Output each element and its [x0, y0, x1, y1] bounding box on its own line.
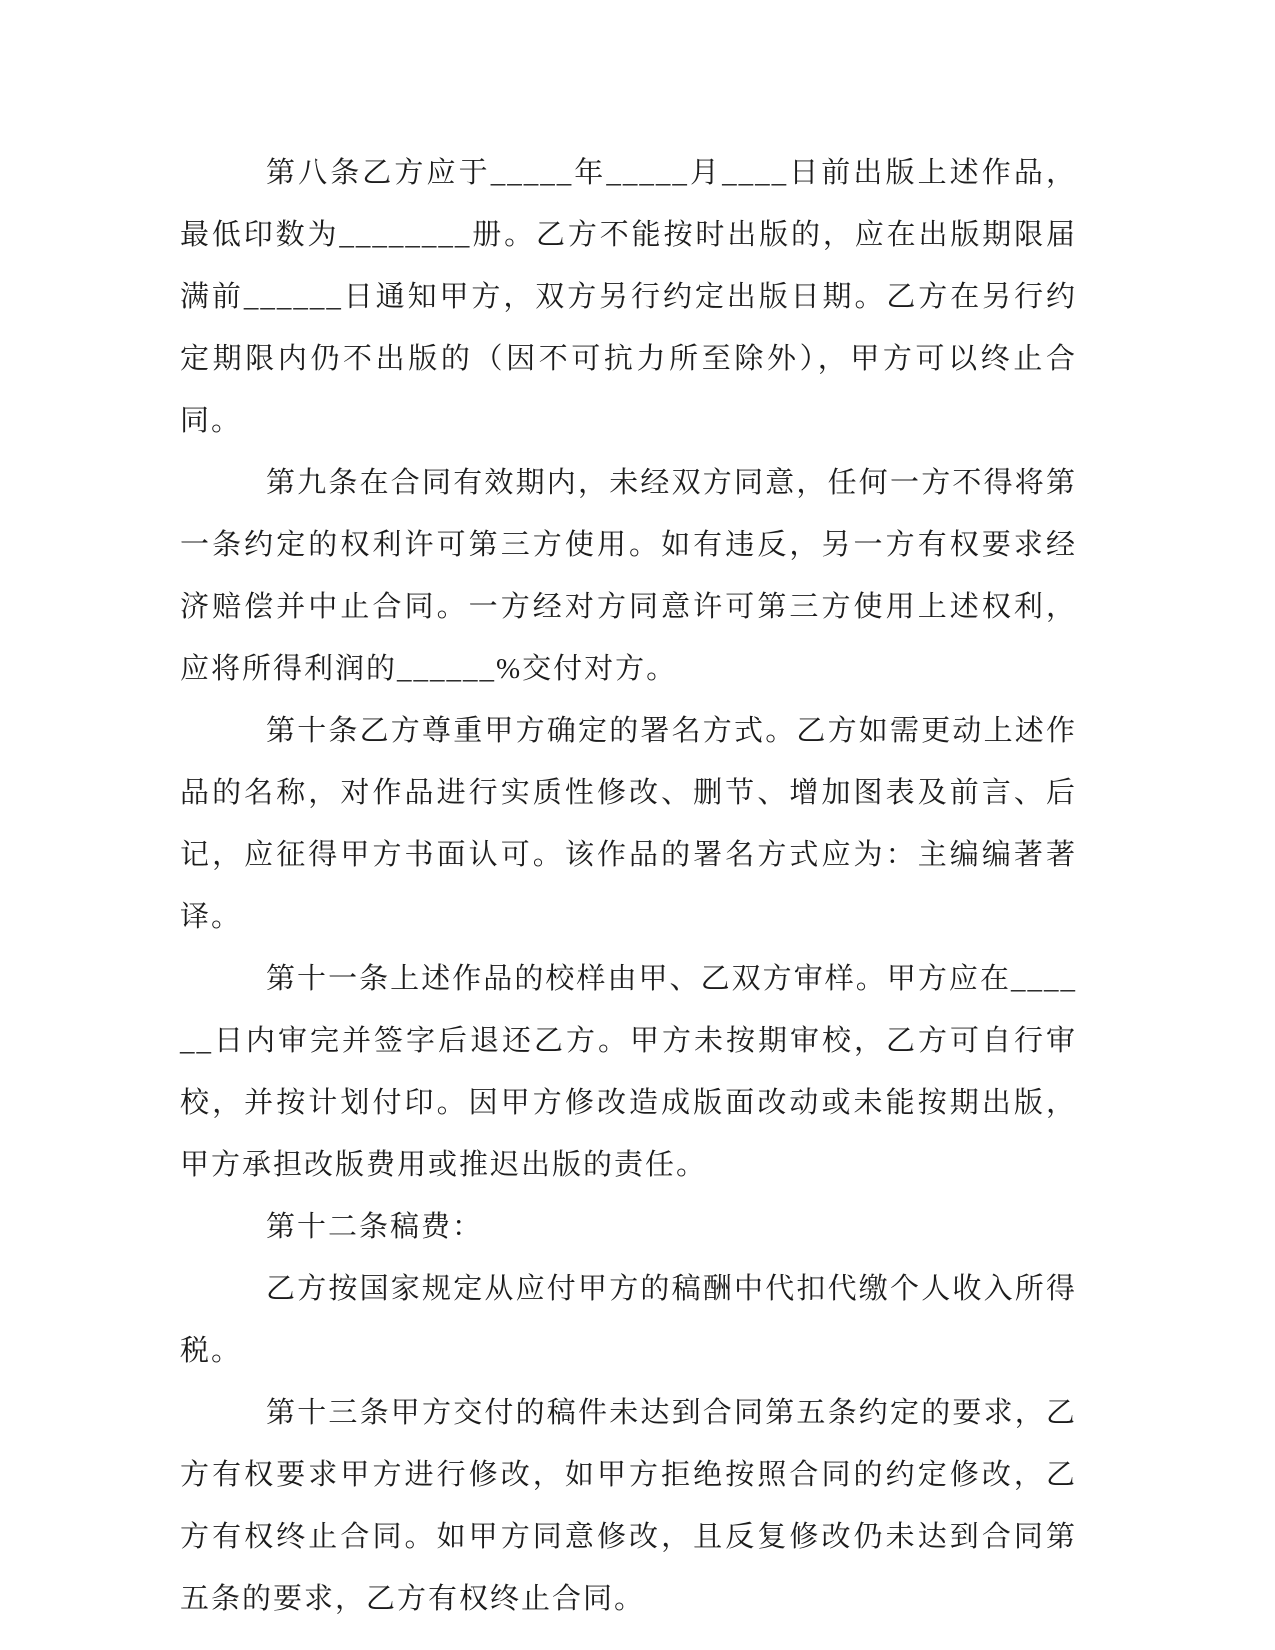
contract-paragraph: 第八条乙方应于_____年_____月____日前出版上述作品，最低印数为___… — [180, 142, 1077, 452]
contract-paragraph: 第十二条稿费： — [180, 1196, 1077, 1258]
contract-paragraph: 第九条在合同有效期内，未经双方同意，任何一方不得将第一条约定的权利许可第三方使用… — [180, 452, 1077, 700]
contract-paragraph: 乙方按国家规定从应付甲方的稿酬中代扣代缴个人收入所得税。 — [180, 1258, 1077, 1382]
contract-paragraph: 第十一条上述作品的校样由甲、乙双方审样。甲方应在______日内审完并签字后退还… — [180, 948, 1077, 1196]
contract-body: 第八条乙方应于_____年_____月____日前出版上述作品，最低印数为___… — [180, 142, 1077, 1630]
contract-paragraph: 第十三条甲方交付的稿件未达到合同第五条约定的要求，乙方有权要求甲方进行修改，如甲… — [180, 1382, 1077, 1630]
document-page: 第八条乙方应于_____年_____月____日前出版上述作品，最低印数为___… — [0, 0, 1275, 1650]
contract-paragraph: 第十条乙方尊重甲方确定的署名方式。乙方如需更动上述作品的名称，对作品进行实质性修… — [180, 700, 1077, 948]
